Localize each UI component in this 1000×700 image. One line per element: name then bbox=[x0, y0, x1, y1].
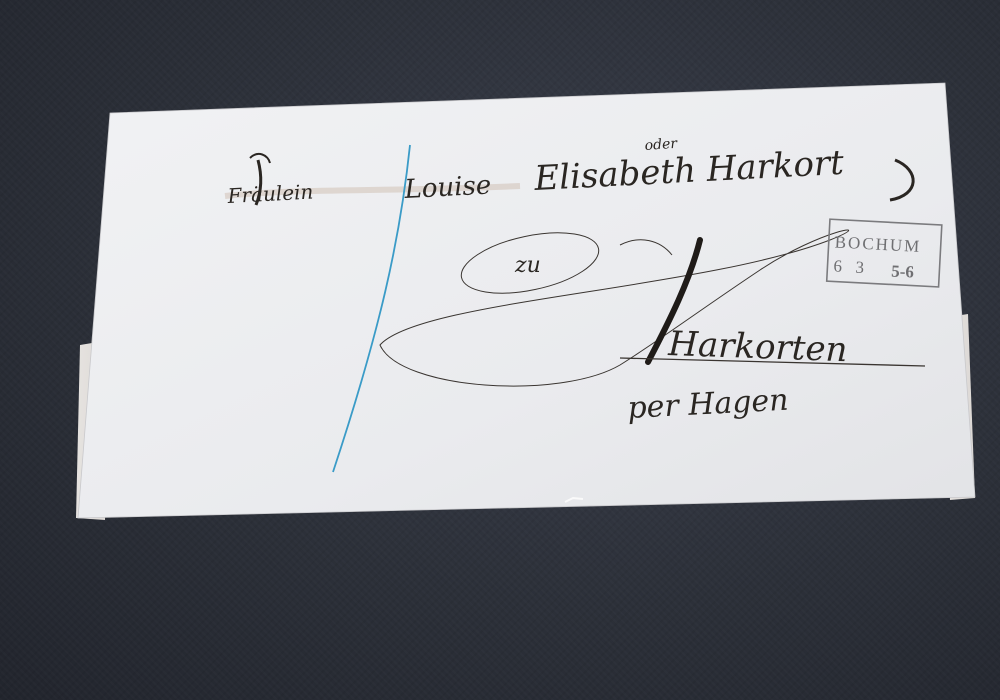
address-title: Fräulein bbox=[226, 180, 314, 209]
postmark-time: 5-6 bbox=[891, 261, 915, 281]
photo-scene: Fräulein Louise oder Elisabeth Harkort z… bbox=[0, 0, 1000, 700]
postmark-month: 3 bbox=[855, 258, 864, 277]
address-first-name: Louise bbox=[403, 170, 492, 205]
postmark-day: 6 bbox=[833, 256, 842, 275]
address-prefix: zu bbox=[514, 253, 541, 278]
